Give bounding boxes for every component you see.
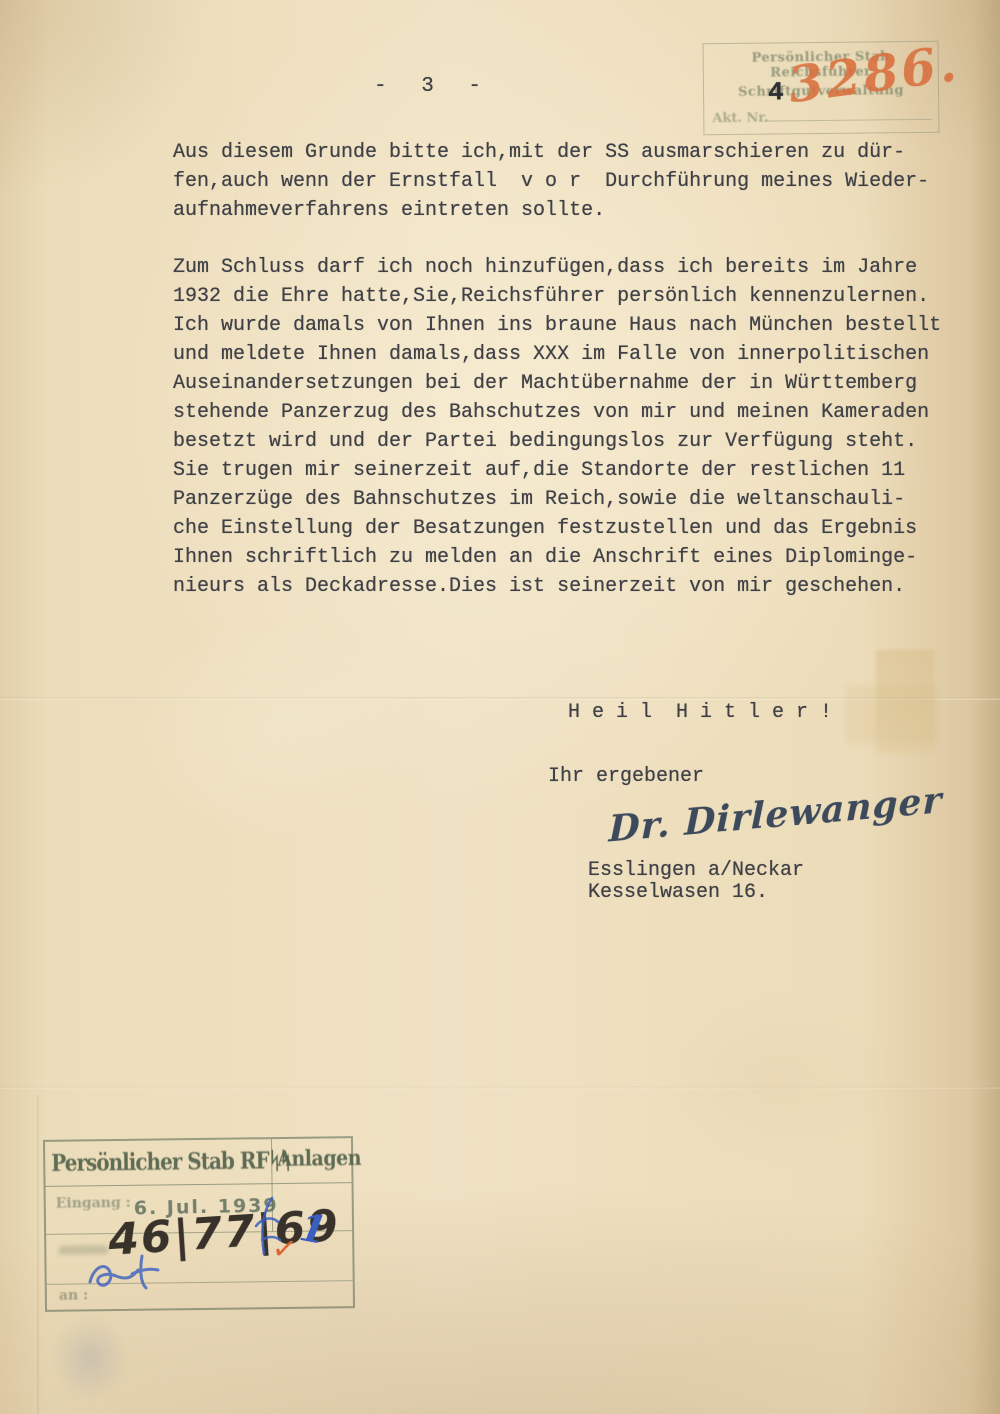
text-line: Auseinandersetzungen bei der Machtüberna… — [173, 369, 941, 398]
text-line: Sie trugen mir seinerzeit auf,die Stando… — [173, 456, 941, 485]
text-line: Zum Schluss darf ich noch hinzufügen,das… — [173, 253, 941, 282]
stamp-header-right: Anlagen — [277, 1146, 349, 1172]
registry-stamp-box: Persönlicher Stab Reichsführer Schriftgu… — [703, 41, 940, 135]
address-line-1: Esslingen a/Neckar — [588, 860, 804, 882]
text-line: stehende Panzerzug des Bahschutzes von m… — [173, 398, 941, 427]
text-line: besetzt wird und der Partei bedingungslo… — [173, 427, 941, 456]
text-line: Ich wurde damals von Ihnen ins braune Ha… — [173, 311, 941, 340]
text-line: fen,auch wenn der Ernstfall v o r Durchf… — [173, 167, 941, 196]
an-label: an : — [59, 1287, 88, 1303]
text-line: Ihnen schriftlich zu melden an die Ansch… — [173, 543, 941, 572]
page-number: - 3 - — [374, 72, 492, 101]
text-line: aufnahmeverfahrens eintreten sollte. — [173, 196, 941, 225]
text-line: 1932 die Ehre hatte,Sie,Reichsführer per… — [173, 282, 941, 311]
tape-stain — [846, 686, 938, 744]
valediction: Ihr ergebener — [548, 762, 704, 791]
text-line: Panzerzüge des Bahnschutzes im Reich,sow… — [173, 485, 941, 514]
orange-checkmark: ✓ — [270, 1230, 300, 1268]
address-line-2: Kesselwasen 16. — [588, 882, 768, 904]
paper-blotch — [120, 620, 420, 840]
text-line: che Einstellung der Besatzungen festzust… — [173, 514, 941, 543]
stamp-header-left: Persönlicher Stab RFᛋᛋ — [51, 1146, 291, 1177]
letter-body: Aus diesem Grunde bitte ich,mit der SS a… — [173, 138, 941, 601]
akt-nr-label: Akt. Nr. — [712, 111, 768, 127]
document-page: - 3 - Persönlicher Stab Reichsführer Sch… — [0, 0, 1000, 1414]
paper-blotch — [640, 990, 900, 1170]
text-line: und meldete Ihnen damals,dass XXX im Fal… — [173, 340, 941, 369]
blue-scribble — [86, 1252, 176, 1302]
text-line: nieurs als Deckadresse.Dies ist seinerze… — [173, 572, 941, 601]
handwritten-registry-number: 3286. — [785, 33, 963, 114]
paragraph-2: Zum Schluss darf ich noch hinzufügen,das… — [173, 253, 941, 601]
paper-crease-vertical — [37, 1095, 39, 1414]
typed-page-index: 4 — [768, 77, 784, 107]
text-line: Aus diesem Grunde bitte ich,mit der SS a… — [173, 138, 941, 167]
eingang-label: Eingang : — [56, 1195, 131, 1212]
salute-line: H e i l H i t l e r ! — [568, 698, 832, 727]
akt-nr-line — [764, 119, 932, 122]
ink-smudge — [52, 1316, 128, 1400]
paragraph-1: Aus diesem Grunde bitte ich,mit der SS a… — [173, 138, 941, 225]
